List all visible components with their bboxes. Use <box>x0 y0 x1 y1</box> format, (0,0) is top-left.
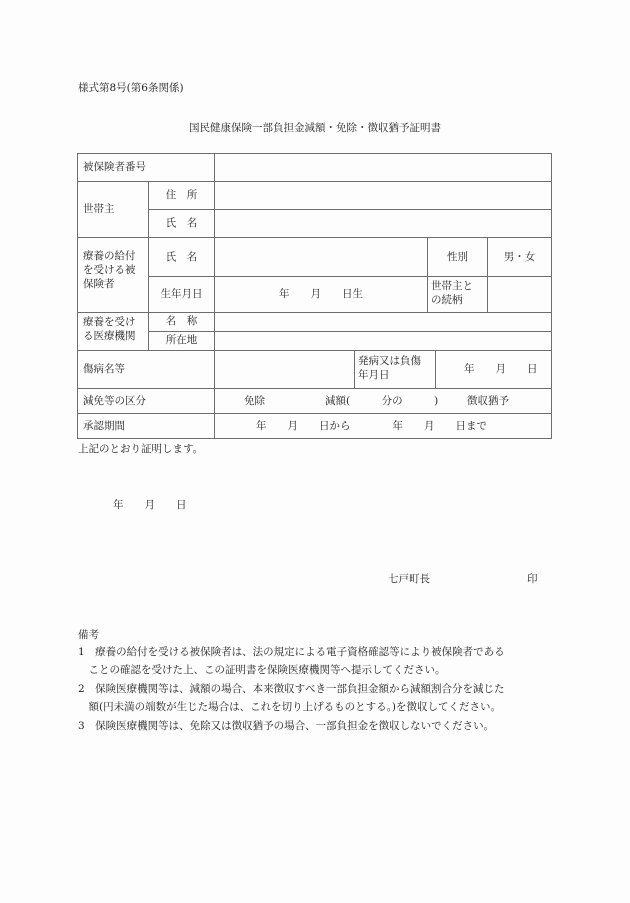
onset-label: 発病又は負傷 年月日 <box>358 354 421 382</box>
institution-label-line: 療養を受け <box>83 315 136 329</box>
period-field[interactable]: 年 月 日から 年 月 日まで <box>256 419 487 433</box>
col-divider <box>354 350 355 388</box>
sex-options[interactable]: 男・女 <box>488 250 551 264</box>
household-name-field[interactable] <box>215 210 551 237</box>
institution-address-field[interactable] <box>215 332 551 350</box>
institution-label: 療養を受け る医療機関 <box>83 315 136 343</box>
name-label: 氏 名 <box>149 216 214 230</box>
document-title: 国民健康保険一部負担金減額・免除・徴収猶予証明書 <box>0 120 630 135</box>
birthdate-field[interactable]: 年 月 日生 <box>215 287 427 301</box>
category-reduce-option[interactable]: 減額( 分の ) <box>325 394 438 408</box>
col-divider <box>435 350 436 388</box>
category-exempt-option[interactable]: 免除 <box>244 394 265 408</box>
institution-address-label: 所在地 <box>149 333 214 347</box>
disease-field[interactable] <box>215 351 354 388</box>
issue-date[interactable]: 年 月 日 <box>113 497 187 512</box>
row-divider <box>77 388 551 389</box>
certificate-table: 被保険者番号 世帯主 住 所 氏 名 療養の給付 を受ける被 保険者 氏 名 性… <box>77 153 551 438</box>
address-label: 住 所 <box>149 188 214 202</box>
institution-name-field[interactable] <box>215 313 551 331</box>
remark-line: 2 保険医療機関等は、減額の場合、本来徴収すべき一部負担金額から減額割合分を減じ… <box>78 680 504 698</box>
remark-line: 額(円未満の端数が生じた場合は、これを切り上げるものとする。)を徴収してください… <box>78 698 501 716</box>
form-number: 様式第8号(第6条関係) <box>78 80 184 95</box>
remark-line: ことの確認を受けた上、この証明書を保険医療機関等へ提示してください。 <box>78 661 446 679</box>
remark-line: 3 保険医療機関等は、免除又は徴収猶予の場合、一部負担金を徴収しないでください。 <box>78 717 494 735</box>
relation-label-line: 世帯主と <box>431 279 473 293</box>
issuer-title: 七戸町長 <box>388 571 430 586</box>
beneficiary-name-field[interactable] <box>215 238 427 276</box>
category-label: 減免等の区分 <box>83 394 146 408</box>
seal-mark: 印 <box>527 571 538 586</box>
onset-label-line: 発病又は負傷 <box>358 354 421 368</box>
period-label: 承認期間 <box>83 419 125 433</box>
col-divider <box>427 237 428 312</box>
table-border <box>551 153 552 439</box>
beneficiary-label-line: を受ける被 <box>83 263 136 277</box>
insured-number-label: 被保険者番号 <box>83 160 146 174</box>
birthdate-label: 生年月日 <box>149 287 214 301</box>
onset-date-field[interactable]: 年 月 日 <box>464 362 538 376</box>
table-border <box>77 153 78 439</box>
sex-label: 性別 <box>428 250 487 264</box>
beneficiary-name-label: 氏 名 <box>149 250 214 264</box>
beneficiary-label: 療養の給付 を受ける被 保険者 <box>83 249 136 291</box>
certify-statement: 上記のとおり証明します。 <box>78 441 203 456</box>
household-address-field[interactable] <box>215 182 551 209</box>
remarks-title: 備考 <box>78 627 99 642</box>
relation-label-line: の続柄 <box>431 293 473 307</box>
disease-label: 傷病名等 <box>83 362 125 376</box>
onset-label-line: 年月日 <box>358 368 421 382</box>
relation-label: 世帯主と の続柄 <box>431 279 473 307</box>
category-defer-option[interactable]: 徴収猶予 <box>467 394 509 408</box>
beneficiary-label-line: 保険者 <box>83 277 136 291</box>
beneficiary-label-line: 療養の給付 <box>83 249 136 263</box>
table-border <box>77 438 551 439</box>
institution-label-line: る医療機関 <box>83 329 136 343</box>
household-head-label: 世帯主 <box>83 202 115 216</box>
row-divider <box>77 413 551 414</box>
relation-field[interactable] <box>488 277 551 312</box>
insured-number-field[interactable] <box>215 154 551 181</box>
remark-line: 1 療養の給付を受ける被保険者は、法の規定による電子資格確認等により被保険者であ… <box>78 643 505 661</box>
institution-name-label: 名 称 <box>149 314 214 328</box>
